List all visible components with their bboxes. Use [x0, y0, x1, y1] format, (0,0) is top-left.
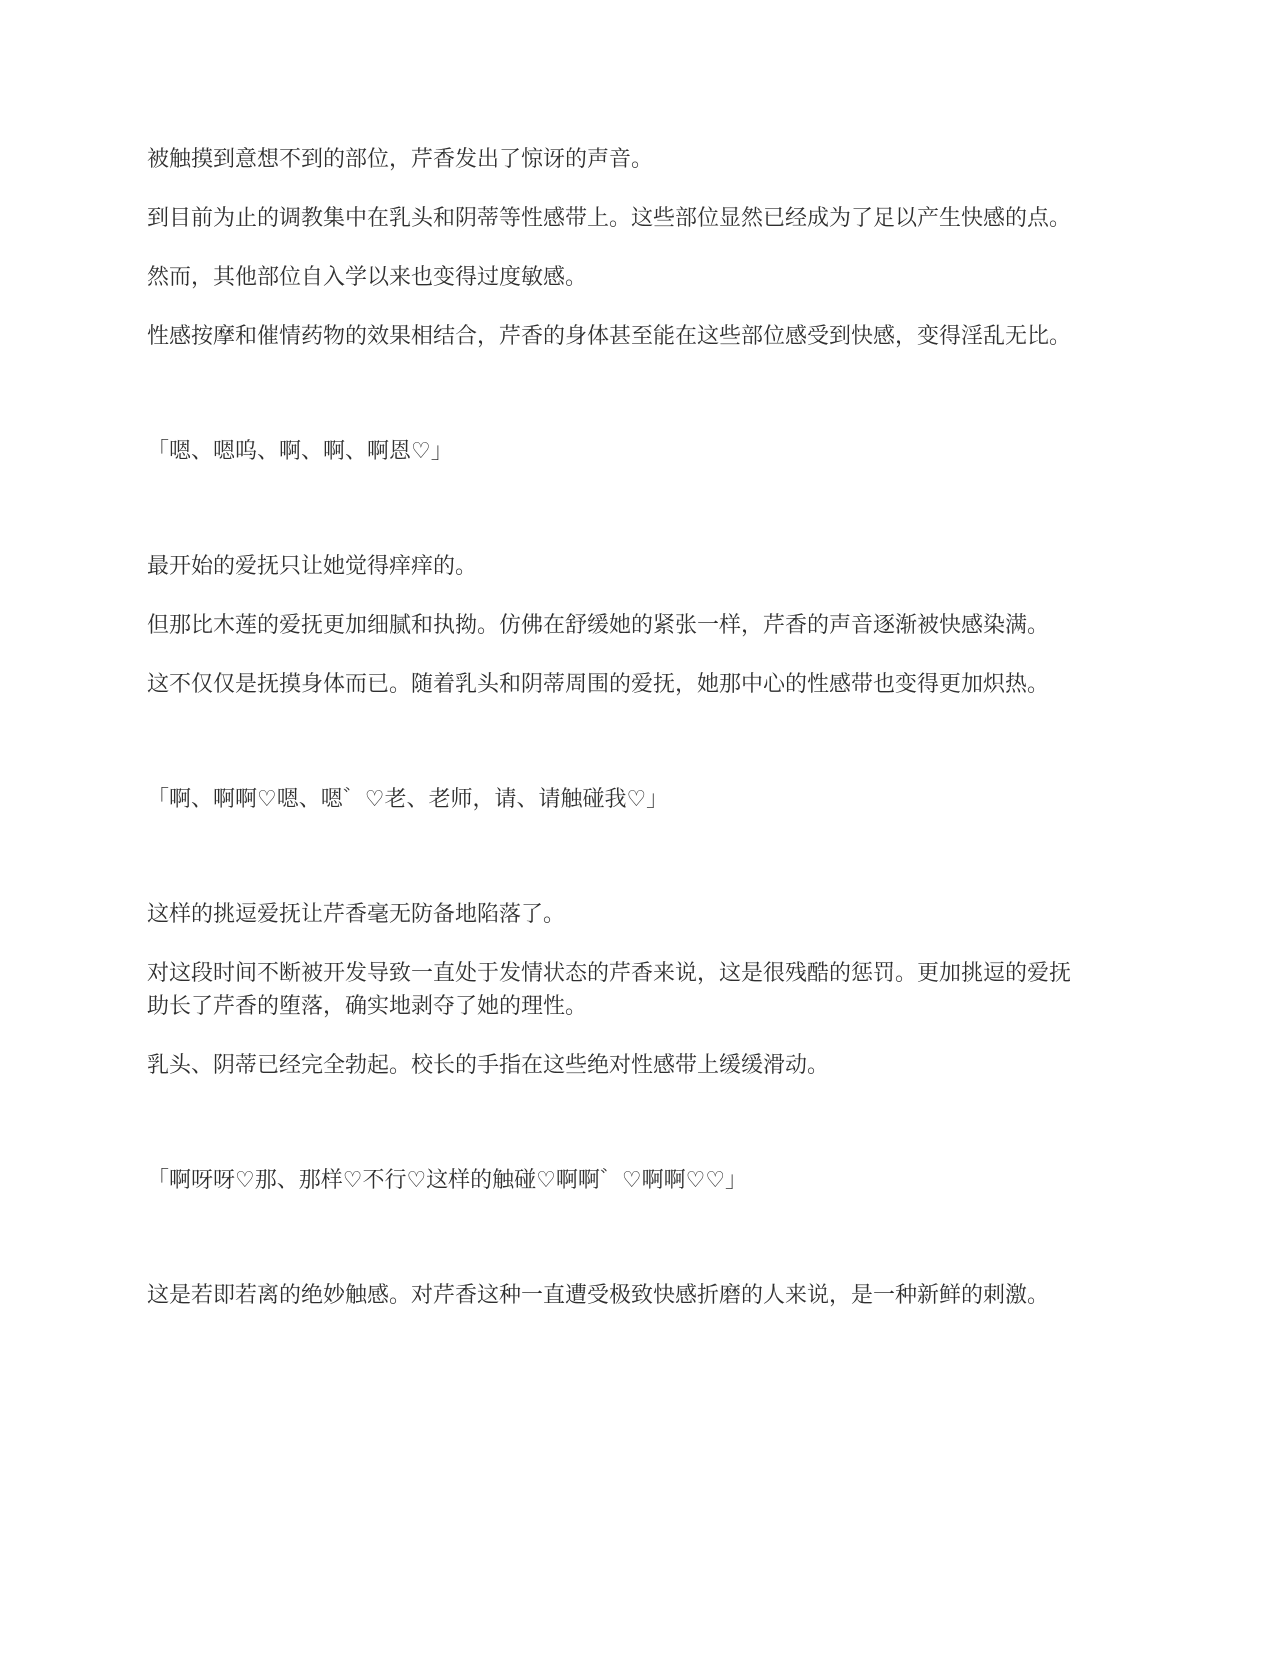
narration-paragraph: 但那比木莲的爱抚更加细腻和执拗。仿佛在舒缓她的紧张一样，芹香的声音逐渐被快感染满… [147, 608, 1080, 641]
narration-paragraph: 然而，其他部位自入学以来也变得过度敏感。 [147, 260, 1080, 293]
novel-text-block: 被触摸到意想不到的部位，芹香发出了惊讶的声音。 到目前为止的调教集中在乳头和阴蒂… [147, 142, 1080, 1311]
narration-paragraph: 这样的挑逗爱抚让芹香毫无防备地陷落了。 [147, 897, 1080, 930]
novel-page: 被触摸到意想不到的部位，芹香发出了惊讶的声音。 到目前为止的调教集中在乳头和阴蒂… [0, 0, 1280, 1656]
narration-paragraph: 这不仅仅是抚摸身体而已。随着乳头和阴蒂周围的爱抚，她那中心的性感带也变得更加炽热… [147, 667, 1080, 700]
narration-paragraph: 这是若即若离的绝妙触感。对芹香这种一直遭受极致快感折磨的人来说，是一种新鲜的刺激… [147, 1278, 1080, 1311]
narration-paragraph: 被触摸到意想不到的部位，芹香发出了惊讶的声音。 [147, 142, 1080, 175]
dialogue-line: 「啊、啊啊♡嗯、嗯゛♡老、老师，请、请触碰我♡」 [147, 782, 1080, 815]
dialogue-line: 「啊呀呀♡那、那样♡不行♡这样的触碰♡啊啊゛♡啊啊♡♡」 [147, 1163, 1080, 1196]
dialogue-line: 「嗯、嗯呜、啊、啊、啊恩♡」 [147, 434, 1080, 467]
narration-paragraph: 到目前为止的调教集中在乳头和阴蒂等性感带上。这些部位显然已经成为了足以产生快感的… [147, 201, 1080, 234]
narration-paragraph: 对这段时间不断被开发导致一直处于发情状态的芹香来说，这是很残酷的惩罚。更加挑逗的… [147, 956, 1080, 1022]
narration-paragraph: 性感按摩和催情药物的效果相结合，芹香的身体甚至能在这些部位感受到快感，变得淫乱无… [147, 319, 1080, 352]
narration-paragraph: 乳头、阴蒂已经完全勃起。校长的手指在这些绝对性感带上缓缓滑动。 [147, 1048, 1080, 1081]
narration-paragraph: 最开始的爱抚只让她觉得痒痒的。 [147, 549, 1080, 582]
